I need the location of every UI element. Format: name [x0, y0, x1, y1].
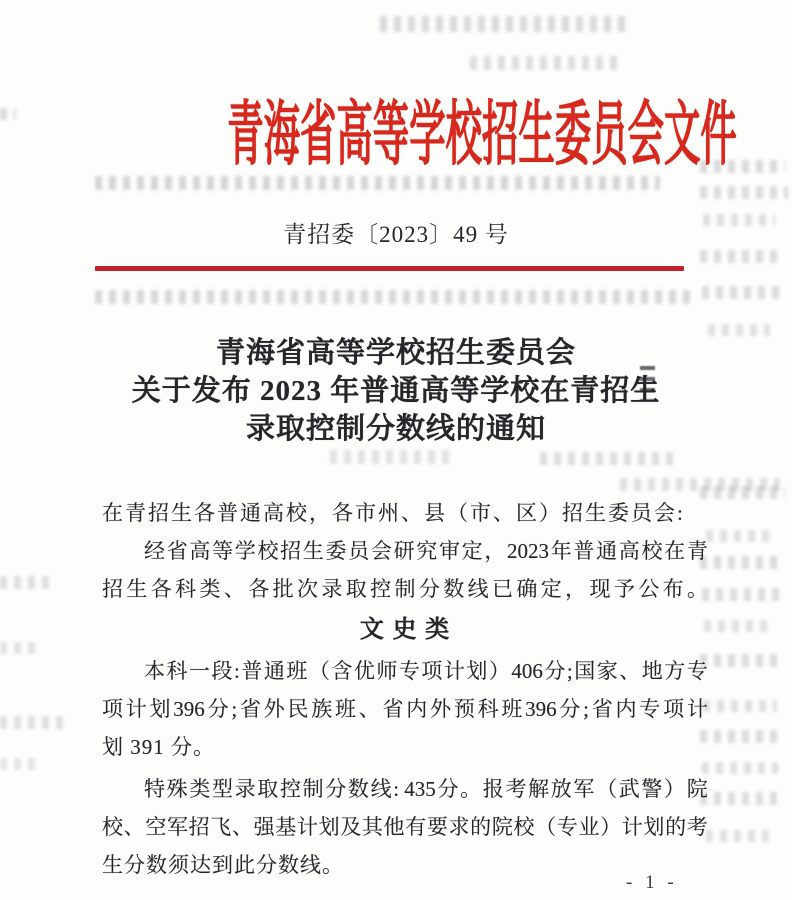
notice-title-line-1: 青海省高等学校招生委员会: [0, 334, 792, 372]
bleed-through-mark: [700, 730, 780, 743]
page-number: - 1 -: [626, 872, 696, 894]
bleed-through-mark: [706, 530, 776, 542]
text-line: 经省高等学校招生委员会研究审定，2023年普通高校在青: [102, 532, 708, 570]
section-heading-arts-history: 文 史 类: [102, 608, 708, 652]
document-number: 青招委〔2023〕49 号: [0, 220, 792, 250]
notice-title-line-2: 关于发布 2023 年普通高等学校在青招生: [0, 372, 792, 410]
bleed-through-mark: [702, 588, 782, 601]
document-body: 在青招生各普通高校，各市州、县（市、区）招生委员会: 经省高等学校招生委员会研究…: [102, 494, 708, 884]
letterhead: 青海省高等学校招生委员会文件: [0, 96, 792, 176]
bleed-through-mark: [470, 56, 620, 70]
scanned-document-page: 青海省高等学校招生委员会文件 青招委〔2023〕49 号 青海省高等学校招生委员…: [0, 0, 792, 900]
bleed-through-mark: [702, 762, 778, 774]
bleed-through-mark: [700, 186, 788, 199]
bleed-through-mark: [706, 830, 770, 842]
red-divider-rule: [95, 266, 684, 271]
text-line: 生分数须达到此分数线。: [102, 846, 708, 884]
bleed-through-mark: [0, 642, 38, 654]
bleed-through-mark: [330, 450, 450, 464]
bleed-through-mark: [95, 290, 690, 304]
bleed-through-mark: [704, 620, 774, 632]
bleed-through-mark: [540, 452, 680, 465]
paragraph-benke-scores: 本科一段:普通班（含优师专项计划）406分;国家、地方专项计划396分;省外民族…: [102, 652, 708, 766]
text-line: 招生各科类、各批次录取控制分数线已确定，现予公布。: [102, 570, 708, 608]
bleed-through-mark: [700, 792, 778, 805]
bleed-through-mark: [700, 486, 785, 499]
bleed-through-mark: [0, 576, 52, 589]
letterhead-org-title: 青海省高等学校招生委员会文件: [227, 96, 737, 176]
bleed-through-mark: [0, 716, 68, 729]
bleed-through-mark: [380, 16, 630, 32]
bleed-through-mark: [700, 250, 780, 263]
salutation-line: 在青招生各普通高校，各市州、县（市、区）招生委员会:: [102, 494, 708, 532]
text-line: 校、空军招飞、强基计划及其他有要求的院校（专业）计划的考: [102, 808, 708, 846]
bleed-through-mark: [703, 700, 777, 712]
notice-title-line-3: 录取控制分数线的通知: [0, 410, 792, 448]
text-line: 特殊类型录取控制分数线: 435分。报考解放军（武警）院: [102, 770, 708, 808]
intro-paragraph: 经省高等学校招生委员会研究审定，2023年普通高校在青招生各科类、各批次录取控制…: [102, 532, 708, 608]
text-line: 项计划396分;省外民族班、省内外预科班396分;省内专项计: [102, 690, 708, 728]
bleed-through-mark: [0, 758, 40, 770]
bleed-through-mark: [700, 654, 782, 667]
text-line: 本科一段:普通班（含优师专项计划）406分;国家、地方专: [102, 652, 708, 690]
paragraph-special-type-scores: 特殊类型录取控制分数线: 435分。报考解放军（武警）院校、空军招飞、强基计划及…: [102, 770, 708, 884]
bleed-through-mark: [702, 286, 780, 299]
text-line: 划 391 分。: [102, 728, 708, 766]
bleed-through-mark: [95, 176, 660, 190]
bleed-through-mark: [700, 556, 782, 569]
notice-title: 青海省高等学校招生委员会 关于发布 2023 年普通高等学校在青招生 录取控制分…: [0, 334, 792, 448]
